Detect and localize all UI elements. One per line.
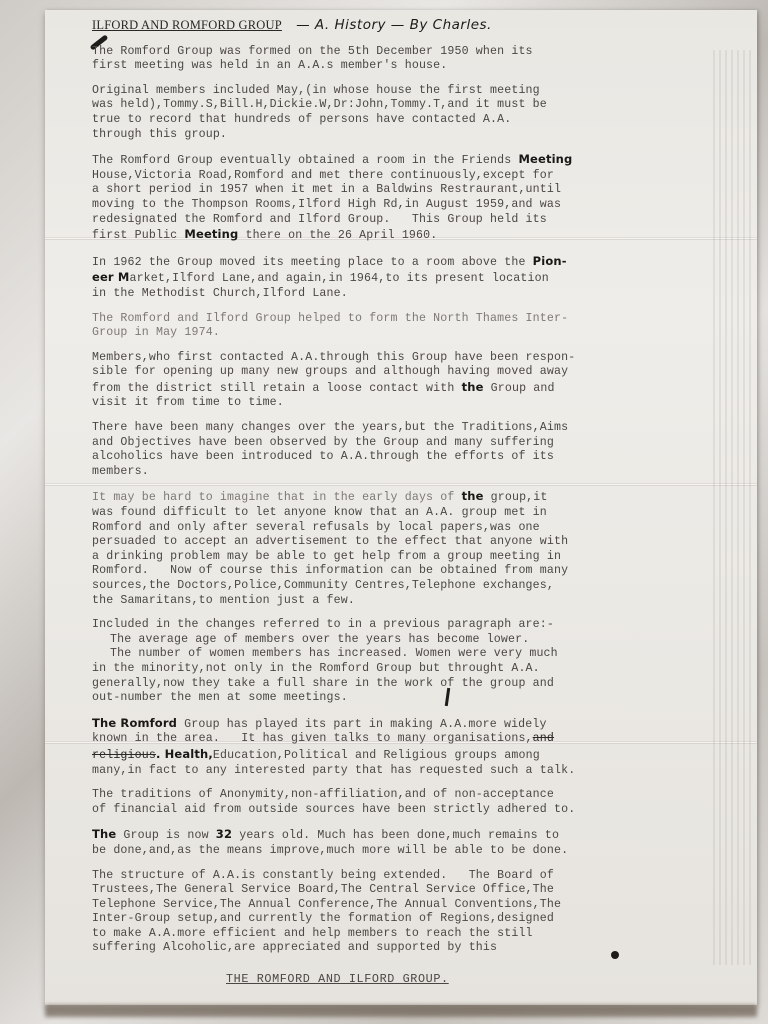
paragraph-friends-meeting-house: The Romford Group eventually obtained a …	[92, 152, 712, 244]
document-title: ILFORD AND ROMFORD GROUP	[92, 18, 282, 32]
handwritten-correction: the	[462, 489, 484, 503]
handwritten-years: 32	[216, 827, 232, 841]
handwritten-correction: Meeting	[184, 227, 238, 241]
list-item: The average age of members over the year…	[92, 633, 529, 646]
paragraph-north-thames-intergroup: The Romford and Ilford Group helped to f…	[92, 312, 712, 341]
paragraph-formation: The Romford Group was formed on the 5th …	[92, 45, 712, 74]
handwritten-correction: . Health,	[156, 747, 213, 761]
signoff: THE ROMFORD AND ILFORD GROUP.	[226, 972, 449, 986]
document-body: ILFORD AND ROMFORD GROUP — A. History — …	[92, 18, 712, 966]
list-item: The number of women members has increase…	[92, 647, 558, 704]
text-run: It may be hard to imagine that in the ea…	[92, 491, 462, 504]
paragraph-members-new-groups: Members,who first contacted A.A.through …	[92, 351, 712, 411]
text-run: group,it was found difficult to let anyo…	[92, 491, 568, 606]
text-run: arket,Ilford Lane,and again,in 1964,to i…	[92, 272, 549, 300]
handwritten-correction: Meeting	[518, 152, 572, 166]
paragraph-traditions-changes: There have been many changes over the ye…	[92, 421, 712, 479]
handwritten-correction: the	[462, 380, 484, 394]
handwritten-correction: The	[92, 827, 116, 841]
text-run: In 1962 the Group moved its meeting plac…	[92, 256, 533, 269]
text-run: there on the 26 April 1960.	[238, 229, 437, 242]
paragraph-structure: The structure of A.A.is constantly being…	[92, 869, 712, 957]
text-run: Group is now	[116, 829, 216, 842]
paragraph-changes-list: Included in the changes referred to in a…	[92, 618, 712, 706]
list-lead: Included in the changes referred to in a…	[92, 618, 554, 631]
paper-edge-texture	[713, 50, 753, 965]
paragraph-group-age: The Group is now 32 years old. Much has …	[92, 827, 712, 858]
paragraph-anonymity: The traditions of Anonymity,non-affiliat…	[92, 788, 712, 817]
paragraph-original-members: Original members included May,(in whose …	[92, 84, 712, 142]
handwritten-subtitle: — A. History — By Charles.	[296, 17, 492, 33]
paragraph-early-days: It may be hard to imagine that in the ea…	[92, 489, 712, 608]
paragraph-talks: The Romford Group has played its part in…	[92, 716, 712, 778]
paragraph-pioneer-market: In 1962 the Group moved its meeting plac…	[92, 254, 712, 302]
handwritten-correction: The Romford	[92, 716, 177, 730]
text-run: The Romford Group eventually obtained a …	[92, 154, 518, 167]
heading-row: ILFORD AND ROMFORD GROUP — A. History — …	[92, 18, 712, 35]
